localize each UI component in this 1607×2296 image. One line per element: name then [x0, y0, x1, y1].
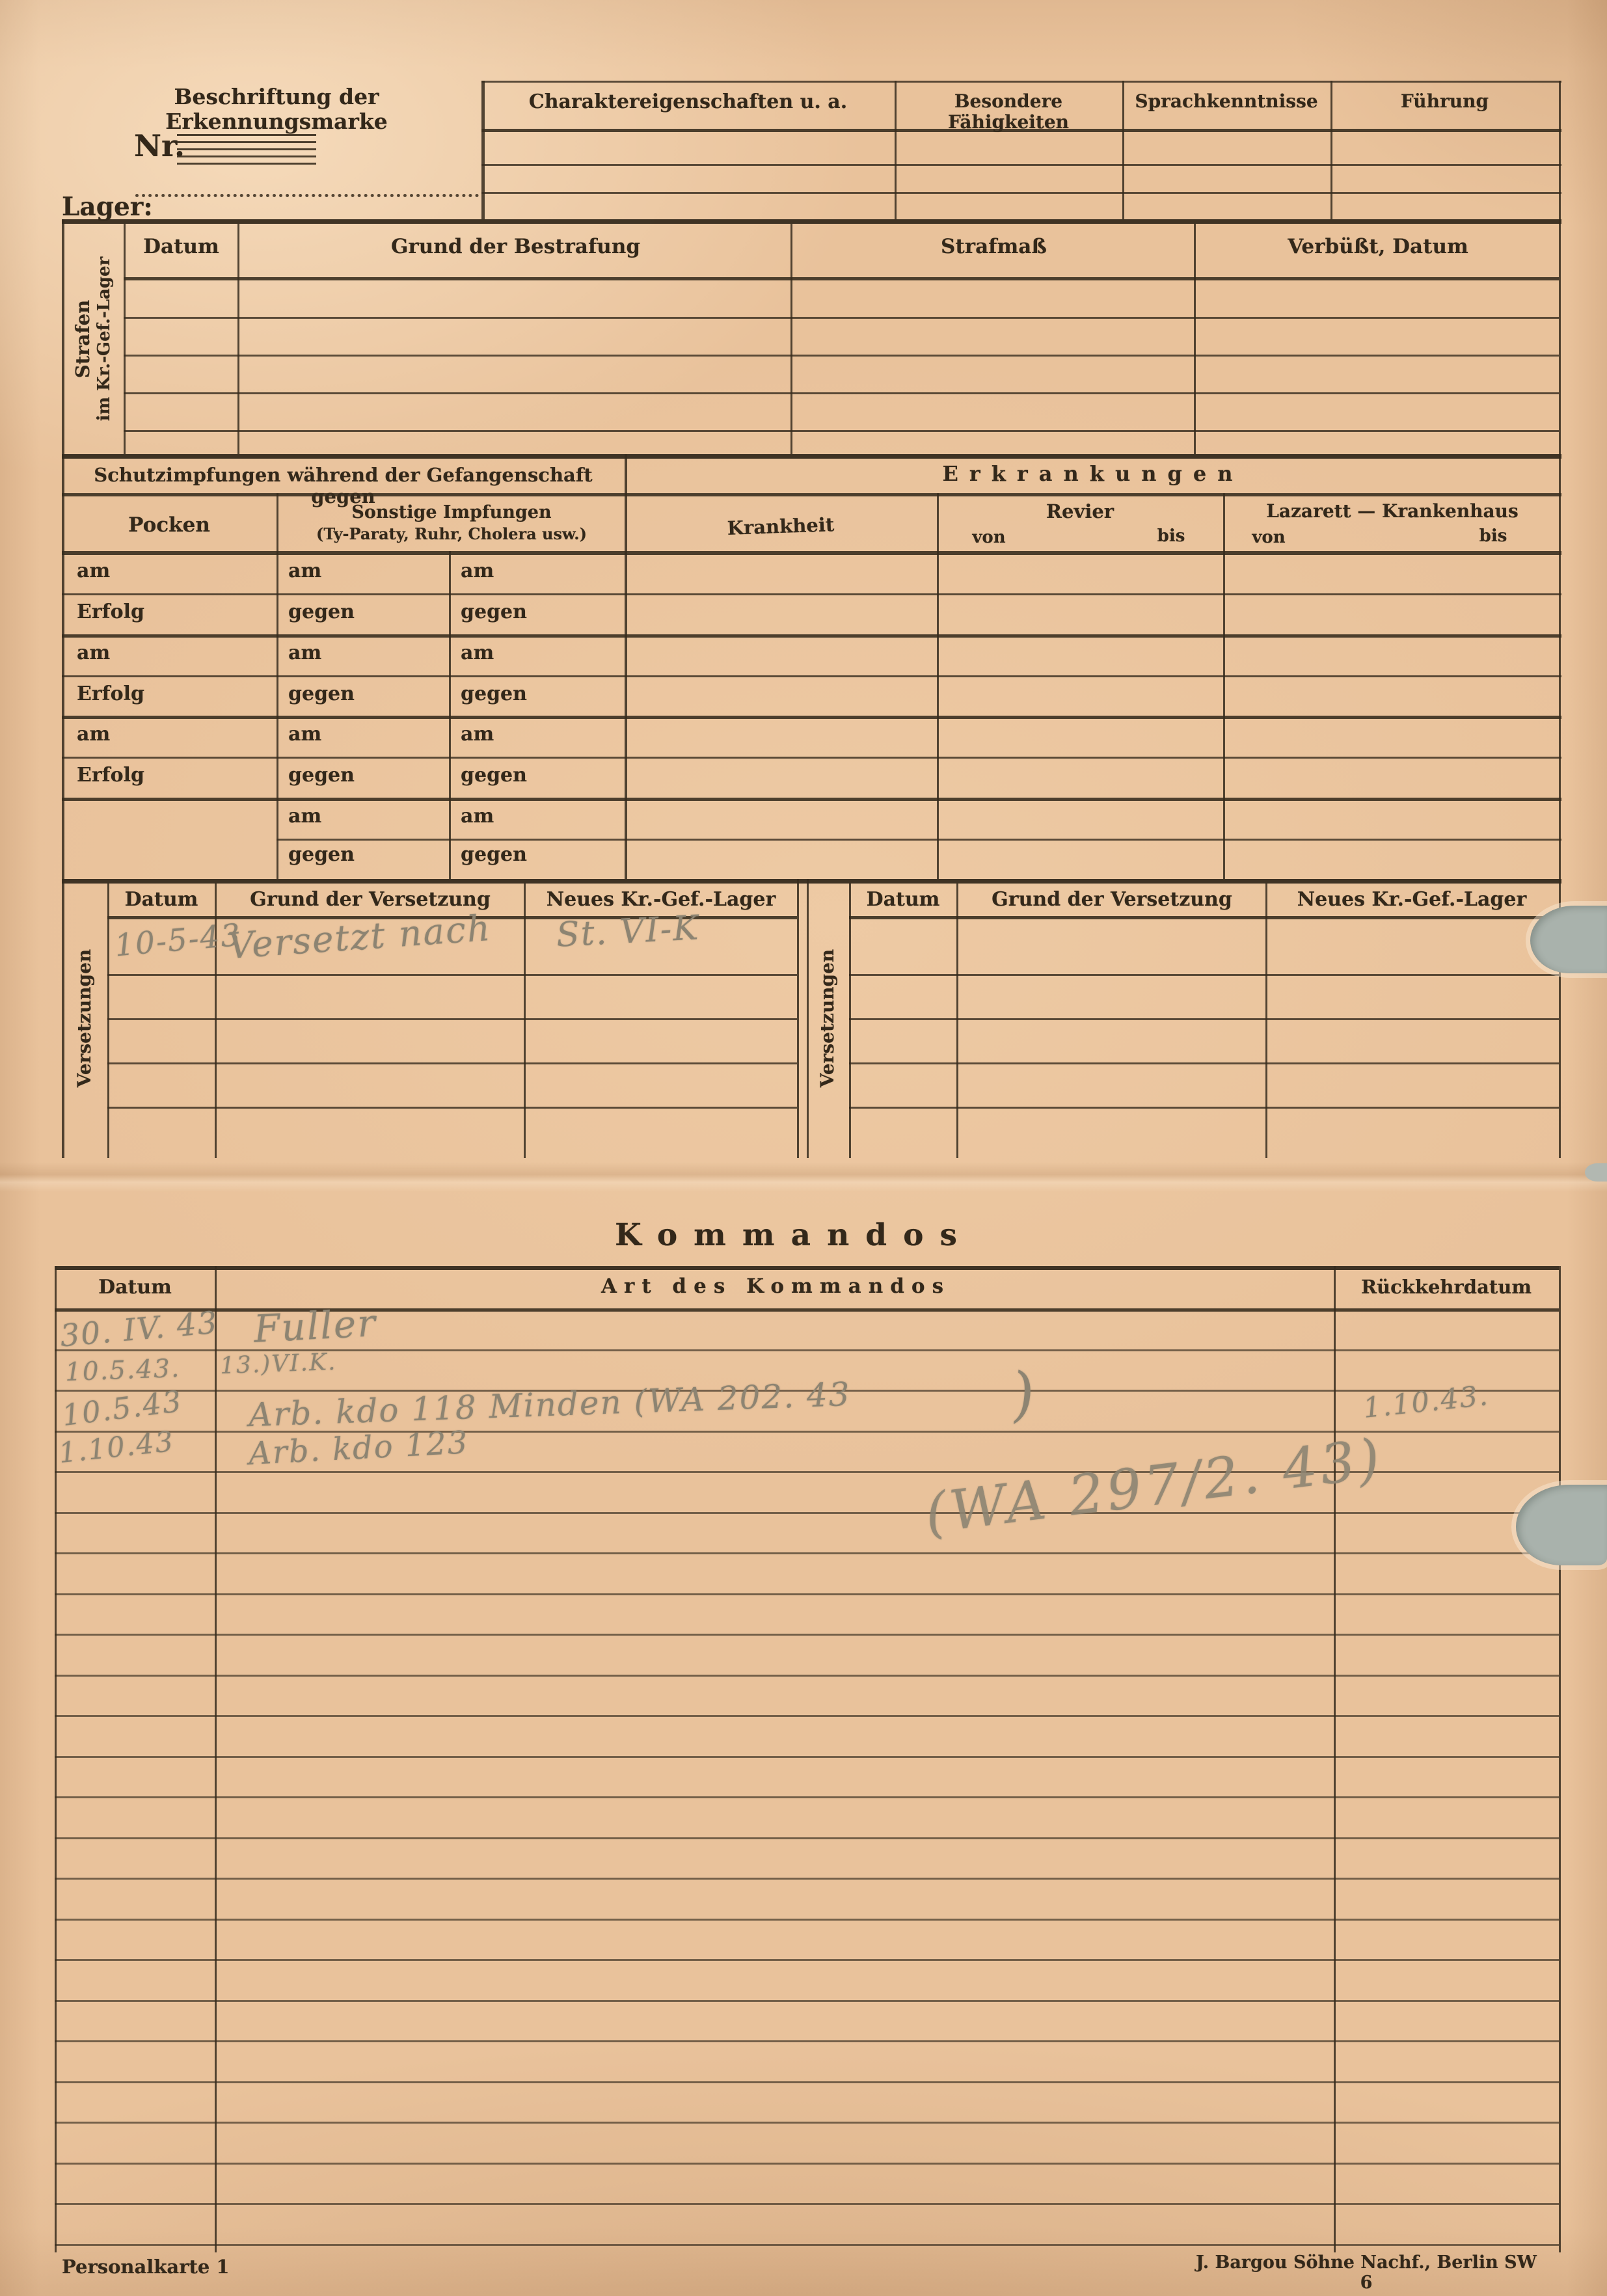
- vers-entry-neues: St. VI-K: [556, 908, 701, 954]
- id-block-title: Beschriftung der Erkennungsmarke: [88, 85, 465, 134]
- erkr-col-lazarett: Lazarett — Krankenhaus: [1226, 501, 1558, 522]
- kdo-annotation: (WA 297/2. 43): [922, 1426, 1386, 1545]
- strafen-row-rule: [124, 392, 1559, 394]
- impf-col-sonstige-sub: (Ty-Paraty, Ruhr, Cholera usw.): [280, 525, 623, 543]
- vers-row-rule: [107, 1018, 797, 1020]
- vers-row-rule: [849, 1062, 1559, 1064]
- nr-label: Nr.: [134, 129, 180, 163]
- kommandos-rule: [1334, 1266, 1336, 2252]
- impf-row-rule: [62, 798, 1561, 801]
- impf-row-label: am: [288, 560, 321, 583]
- erkr-col-krankheit: Krankheit: [628, 511, 934, 543]
- kommandos-col-datum: Datum: [59, 1276, 211, 1299]
- kommandos-row-rule: [55, 1715, 1559, 1717]
- erkr-revier-von: von: [963, 528, 1015, 548]
- impf-row-rule: [62, 757, 1561, 759]
- impf-row-label: am: [77, 723, 110, 746]
- strafen-rule: [237, 224, 239, 454]
- vers-rule: [524, 884, 526, 1158]
- erkrankungen-header: Erkrankungen: [628, 462, 1558, 486]
- kommandos-row-rule: [55, 1959, 1559, 1961]
- kommandos-rule: [1559, 1266, 1561, 2252]
- kommandos-row-rule: [55, 2163, 1559, 2165]
- col-sprachkenntnisse: Sprachkenntnisse: [1128, 91, 1325, 112]
- impf-row-label: Erfolg: [77, 764, 144, 787]
- kommandos-row-rule: [55, 1634, 1559, 1636]
- impf-row-label: am: [461, 723, 494, 746]
- col-charaktereigenschaften: Charaktereigenschaften u. a.: [488, 91, 888, 114]
- col-fuehrung: Führung: [1336, 91, 1554, 112]
- vers-col-grund: Grund der Versetzung: [960, 889, 1264, 912]
- erkr-lazarett-bis: bis: [1467, 527, 1519, 547]
- kdo-entry-datum: 10.5.43.: [64, 1354, 181, 1387]
- col-besondere-faehigkeiten: Besondere Fähigkeiten: [900, 91, 1117, 133]
- kommandos-rule: [55, 1266, 57, 2252]
- impf-col-pocken: Pocken: [65, 514, 273, 537]
- vers-row-rule: [849, 974, 1559, 976]
- impf-row-rule: [62, 675, 1561, 677]
- strafen-rule: [1559, 219, 1561, 454]
- impf-row-label: gegen: [461, 844, 527, 867]
- vers-entry-datum: 10-5-43: [113, 917, 243, 964]
- erkr-revier-bis: bis: [1145, 527, 1197, 547]
- kommandos-row-rule: [55, 1593, 1559, 1595]
- top-table-row-rule: [481, 164, 1561, 166]
- vers-row-rule: [107, 1062, 797, 1064]
- top-table-rule: [1330, 81, 1332, 219]
- fold-crease: [0, 1162, 1607, 1192]
- kommandos-col-rueckkehr: Rückkehrdatum: [1337, 1276, 1556, 1298]
- erkr-col-revier: Revier: [940, 501, 1220, 522]
- vers-header-rule: [849, 916, 1559, 919]
- strafen-header-rule: [124, 277, 1559, 280]
- vers-row-rule: [107, 1107, 797, 1109]
- kdo-entry-art: Arb. kdo 118 Minden (WA 202. 43: [248, 1375, 851, 1434]
- vers-row-rule: [849, 1018, 1559, 1020]
- kommandos-row-rule: [55, 2122, 1559, 2124]
- vers-col-datum: Datum: [851, 889, 955, 912]
- strafen-col-verbuesst: Verbüßt, Datum: [1197, 236, 1559, 259]
- impf-row-label: am: [461, 805, 494, 828]
- kdo-entry-art-close-paren: ): [1008, 1358, 1040, 1429]
- kommandos-row-rule: [55, 1878, 1559, 1880]
- kommandos-row-rule: [55, 1919, 1559, 1921]
- impf-row-rule: [277, 839, 1561, 841]
- impf-rule: [62, 454, 64, 879]
- strafen-row-rule: [124, 317, 1559, 319]
- kdo-entry-art: 13.)VI.K.: [219, 1349, 337, 1379]
- section-divider: [62, 219, 1561, 224]
- impf-row-label: gegen: [461, 683, 527, 706]
- strafen-side-label-line2: im Kr.-Gef.-Lager: [94, 257, 115, 422]
- kommandos-row-rule: [55, 1675, 1559, 1677]
- impf-row-label: gegen: [288, 764, 355, 787]
- impf-row-label: am: [77, 642, 110, 665]
- strafen-col-datum: Datum: [125, 236, 237, 259]
- vers-rule: [956, 884, 958, 1158]
- footer-printer: J. Bargou Söhne Nachf., Berlin SW 6: [1191, 2252, 1542, 2293]
- impf-row-label: am: [288, 723, 321, 746]
- top-table-rule: [481, 81, 485, 219]
- impf-header: Schutzimpfungen während der Gefangenscha…: [65, 465, 621, 508]
- impf-row-label: gegen: [288, 683, 355, 706]
- vers-row-rule: [849, 1107, 1559, 1109]
- kommandos-rule: [215, 1266, 217, 2252]
- vers-col-neues: Neues Kr.-Gef.-Lager: [1269, 889, 1555, 912]
- kommandos-row-rule: [55, 2040, 1559, 2042]
- top-table-row-rule: [481, 192, 1561, 194]
- kommandos-row-rule: [55, 1512, 1559, 1514]
- impf-row-label: gegen: [461, 764, 527, 787]
- kommandos-row-rule: [55, 2244, 1559, 2246]
- impf-col-sonstige: Sonstige Impfungen: [280, 502, 623, 522]
- top-table-header-rule: [481, 129, 1561, 132]
- strafen-row-rule: [124, 355, 1559, 357]
- kommandos-row-rule: [55, 2000, 1559, 2002]
- impf-row-rule: [62, 716, 1561, 719]
- fold-edge-tear: [1585, 1163, 1607, 1182]
- impf-row-label: am: [461, 560, 494, 583]
- impf-row-label: Erfolg: [77, 683, 144, 706]
- versetzungen-side-label-left: Versetzungen: [62, 895, 107, 1142]
- impf-row-label: am: [288, 642, 321, 665]
- impf-row-label: am: [461, 642, 494, 665]
- impf-row-label: am: [77, 560, 110, 583]
- erkr-lazarett-von: von: [1243, 528, 1295, 548]
- impf-rule: [1559, 454, 1561, 879]
- strafen-row-rule: [124, 430, 1559, 432]
- section-divider: [62, 879, 1561, 884]
- personalkarte-back-page: Beschriftung der Erkennungsmarke Nr. Lag…: [0, 0, 1607, 2296]
- impf-row-label: Erfolg: [77, 601, 144, 624]
- impf-row-label: gegen: [461, 601, 527, 624]
- vers-row-rule: [107, 974, 797, 976]
- kdo-entry-rueckkehr: 1.10.43.: [1362, 1379, 1491, 1425]
- strafen-rule: [1194, 224, 1196, 454]
- kommandos-row-rule: [55, 2081, 1559, 2083]
- vers-col-datum: Datum: [109, 889, 213, 912]
- impf-row-label: gegen: [288, 844, 355, 867]
- lager-dotted-line: [135, 194, 479, 197]
- impf-rule: [449, 551, 451, 879]
- kommandos-row-rule: [55, 1552, 1559, 1554]
- impf-row-rule: [62, 634, 1561, 638]
- vers-rule: [107, 884, 109, 1158]
- versetzungen-side-label-text: Versetzungen: [74, 949, 96, 1088]
- kommandos-row-rule: [55, 1837, 1559, 1839]
- kdo-entry-art: Fuller: [252, 1301, 377, 1351]
- strafen-side-label-line1: Strafen: [72, 300, 94, 378]
- strafen-col-grund: Grund der Bestrafung: [241, 236, 790, 259]
- vers-col-neues: Neues Kr.-Gef.-Lager: [527, 889, 795, 912]
- vers-rule: [797, 879, 799, 1158]
- kommandos-row-rule: [55, 2203, 1559, 2205]
- top-table-rule: [1122, 81, 1124, 219]
- kommandos-row-rule: [55, 1796, 1559, 1798]
- strafen-rule: [790, 224, 792, 454]
- impf-row-label: am: [288, 805, 321, 828]
- top-table-border: [481, 81, 1561, 83]
- section-divider: [62, 454, 1561, 459]
- kommandos-col-art: Art des Kommandos: [221, 1275, 1330, 1299]
- punch-hole-lower: [1516, 1485, 1607, 1565]
- impf-header-rule: [62, 493, 625, 496]
- footer-form-name: Personalkarte 1: [62, 2256, 335, 2278]
- strafen-col-strafmass: Strafmaß: [794, 236, 1194, 259]
- strafen-side-label: Strafen im Kr.-Gef.-Lager: [61, 222, 126, 456]
- impf-rule: [625, 454, 627, 879]
- versetzungen-side-label-text: Versetzungen: [817, 949, 839, 1088]
- nr-ruled-lines: [177, 134, 316, 165]
- kommandos-title: Kommandos: [615, 1218, 940, 1253]
- impf-row-rule: [62, 593, 1561, 595]
- top-table-rule: [1559, 81, 1561, 219]
- kdo-entry-datum: 30. IV. 43: [59, 1304, 220, 1354]
- vers-rule: [1265, 884, 1267, 1158]
- impf-row-label: gegen: [288, 601, 355, 624]
- erkrankungen-header-rule: [625, 493, 1561, 496]
- kommandos-row-rule: [55, 1756, 1559, 1758]
- versetzungen-side-label-right: Versetzungen: [805, 895, 850, 1142]
- top-table-rule: [895, 81, 897, 219]
- impf-subheader-rule: [62, 551, 1561, 555]
